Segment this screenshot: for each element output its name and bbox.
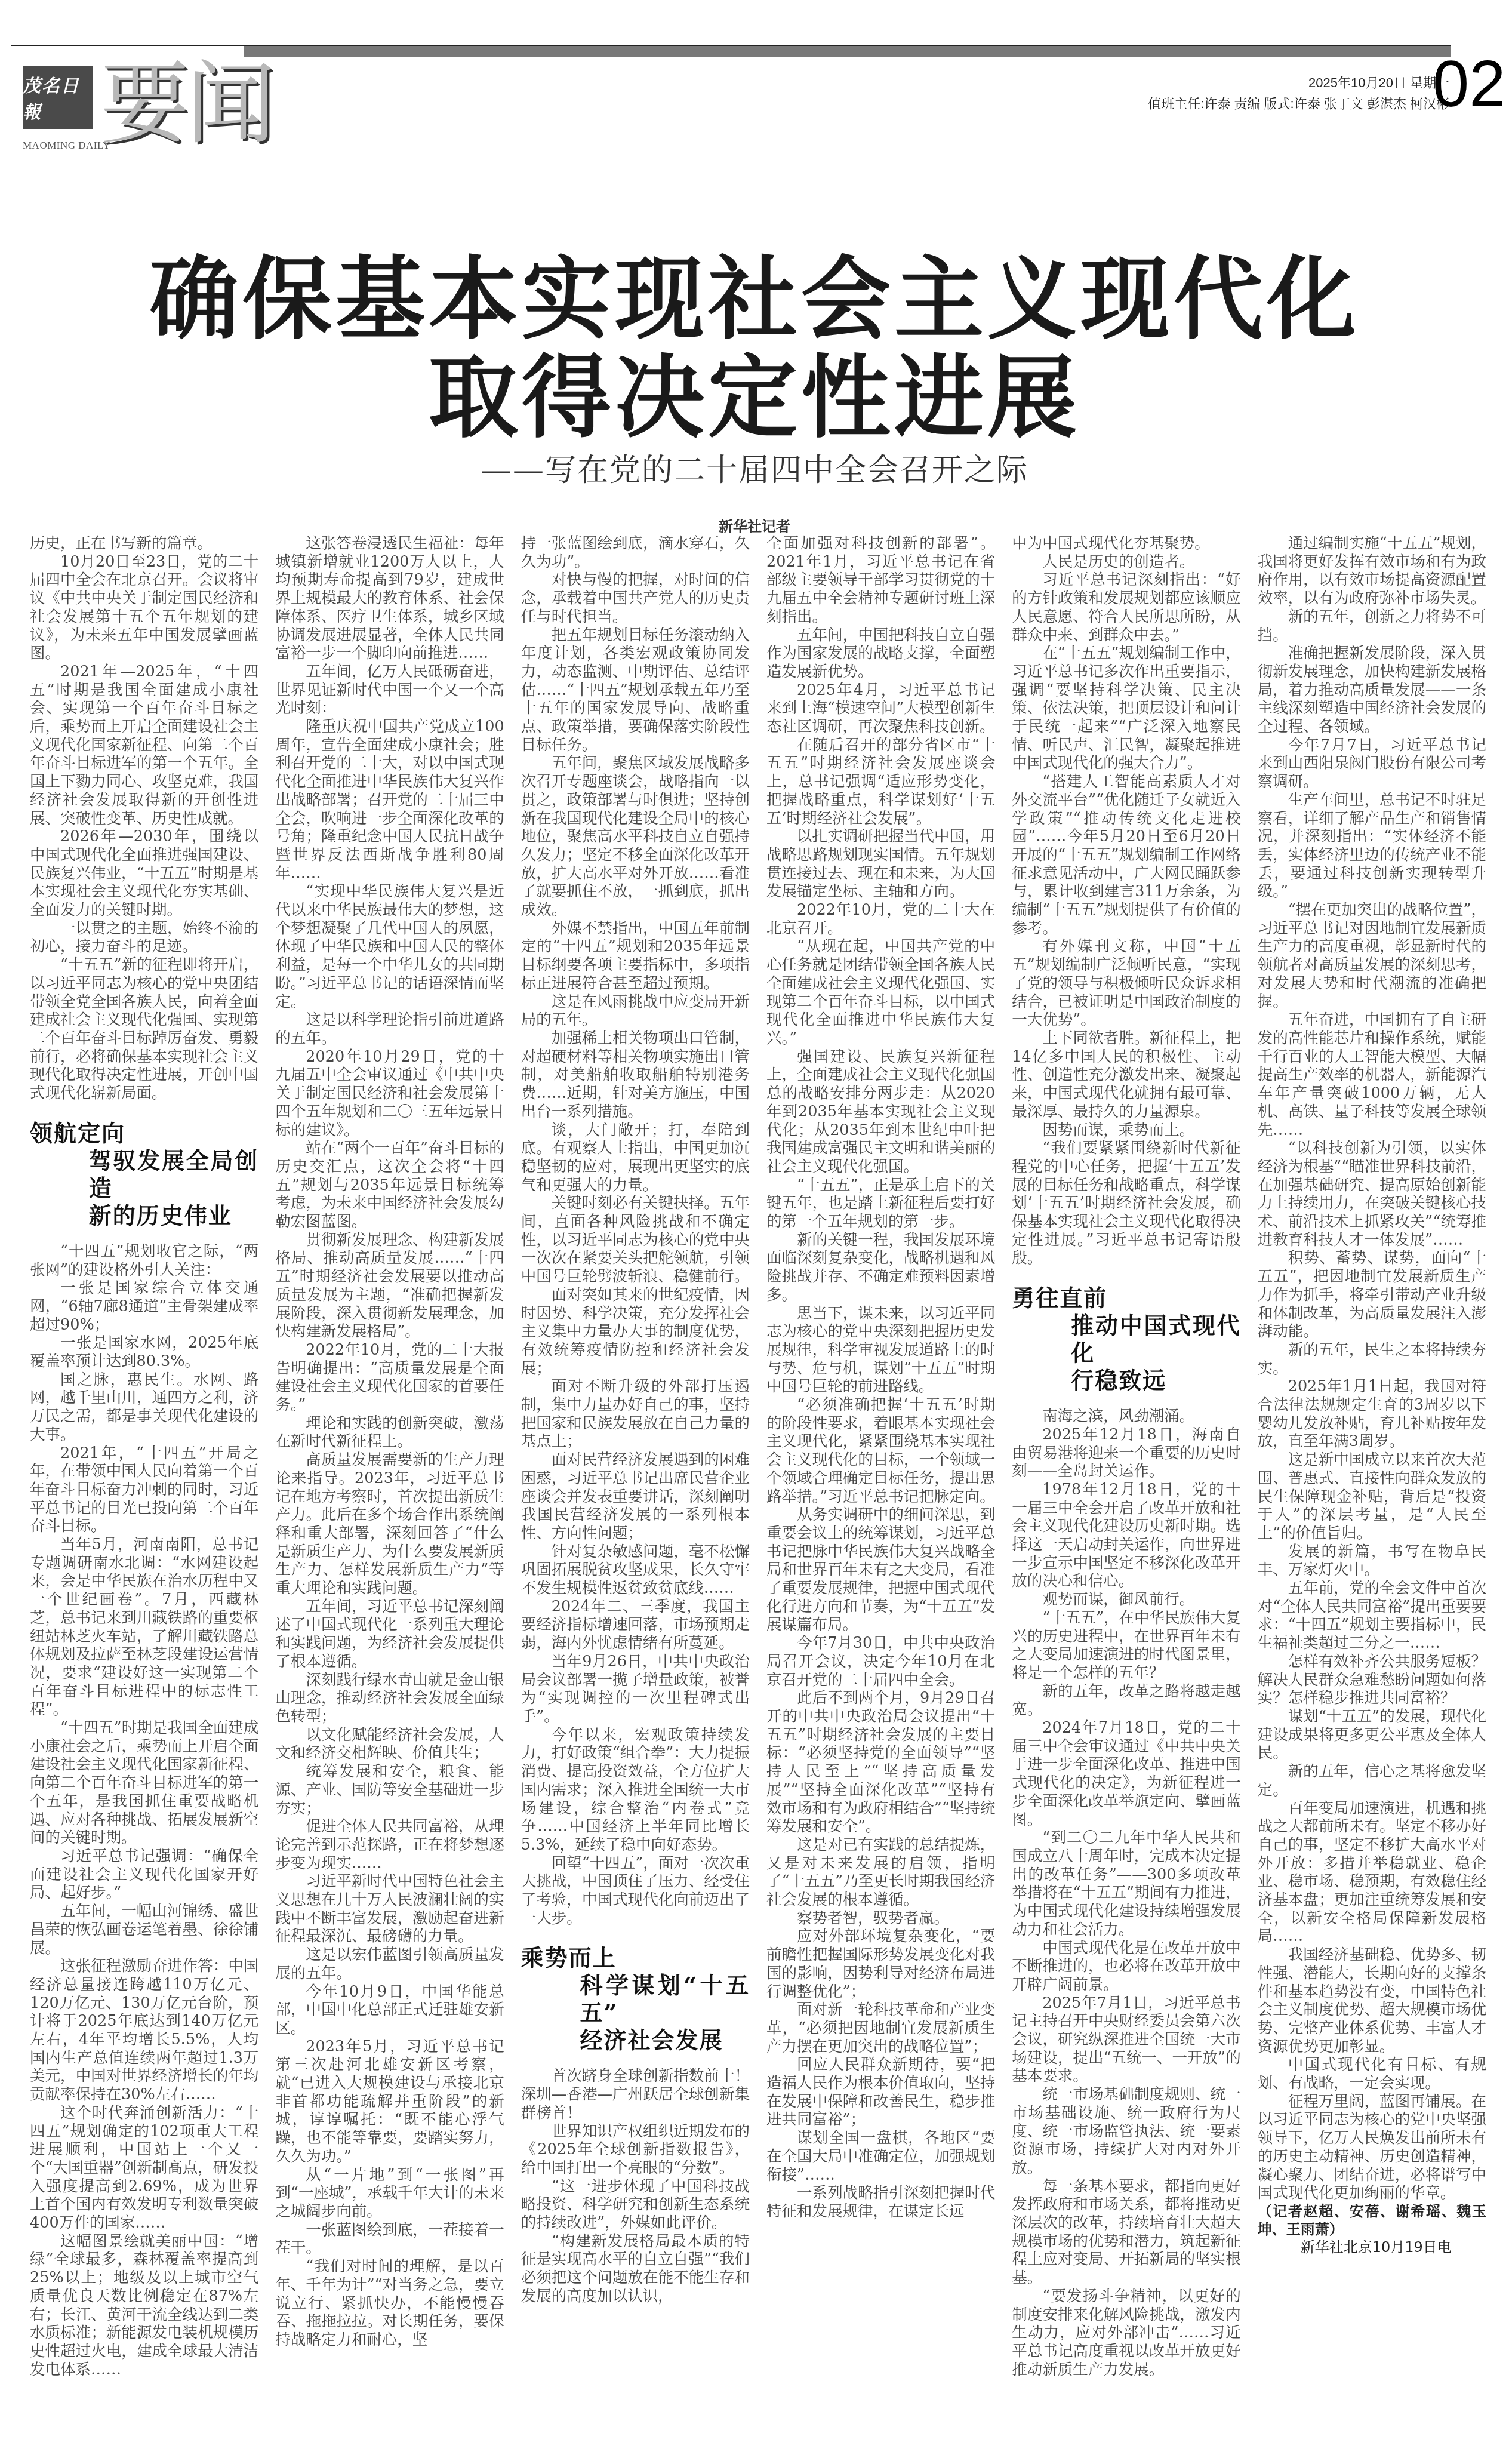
paragraph: 五年间，聚焦区域发展战略多次召开专题座谈会，战略指向一以贯之，政策部署与时俱进；…: [521, 754, 750, 919]
paragraph: 每一条基本要求，都指向更好发挥政府和市场关系，都将推动更深层次的改革，持续培育壮…: [1012, 2177, 1240, 2287]
paragraph: “十四五”规划收官之际，“两张网”的建设格外引人关注：: [30, 1242, 258, 1279]
paragraph: 这个时代奔涌创新活力：“十四五”规划确定的102项重大工程进展顺利，中国站上一个…: [30, 2104, 258, 2232]
paragraph: 今年10月9日，中国华能总部，中国中化总部正式迁驻雄安新区。: [275, 1983, 504, 2038]
paragraph: 五年间，中国把科技自立自强作为国家发展的战略支撑，全面塑造发展新优势。: [766, 626, 995, 681]
masthead-gray-bar: [244, 46, 1451, 57]
paragraph: 隆重庆祝中国共产党成立100周年，宣告全面建成小康社会；胜利召开党的二十大，对以…: [275, 718, 504, 882]
subheadline: ——写在党的二十届四中全会召开之际: [0, 445, 1509, 490]
paragraph: 2025年1月1日起，我国对符合法律法规规定生育的3周岁以下婴幼儿发放补贴，育儿…: [1258, 1377, 1486, 1451]
paragraph: 谋划全国一盘棋，各地区“要在全国大局中准确定位，加强规划衔接”……: [766, 2129, 995, 2184]
paragraph: 10月20日至23日，党的二十届四中全会在北京召开。会议将审议《中共中央关于制定…: [30, 553, 258, 663]
paragraph: 这是新中国成立以来首次大范围、普惠式、直接性向群众发放的民生保障现金补贴，背后是…: [1258, 1451, 1486, 1543]
paragraph: 一张是国家水网，2025年底覆盖率预计达到80.3%。: [30, 1334, 258, 1370]
paragraph: 把五年规划目标任务滚动纳入年度计划，各类宏观政策协同发力，动态监测、中期评估、总…: [521, 626, 750, 755]
paragraph: 五年间，一幅山河锦绣、盛世昌荣的恢弘画卷运笔着墨、徐徐铺展。: [30, 1902, 258, 1957]
paragraph: “十四五”时期是我国全面建成小康社会之后，乘势而上开启全面建设社会主义现代化国家…: [30, 1719, 258, 1847]
paragraph: 新的五年，创新之力将势不可挡。: [1258, 608, 1486, 644]
newspaper-logo: 茂名日報: [23, 66, 93, 129]
paragraph: 针对复杂敏感问题，毫不松懈巩固拓展脱贫攻坚成果，长久守牢不发生规模性返贫致贫底线…: [521, 1543, 750, 1598]
paragraph: 谋划“十五五”的发展，现代化建设成果将更多更公平惠及全体人民。: [1258, 1708, 1486, 1762]
paragraph: 2024年7月18日，党的二十届三中全会审议通过《中共中央关于进一步全面深化改革…: [1012, 1719, 1240, 1829]
section-heading-line: 领航定向: [30, 1119, 258, 1147]
byline: 新华社记者: [0, 515, 1509, 536]
paragraph: “要发扬斗争精神，以更好的制度安排来化解风险挑战，激发内生动力，应对外部冲击”……: [1012, 2287, 1240, 2379]
paragraph: 以文化赋能经济社会发展，人文和经济交相辉映、价值共生；: [275, 1726, 504, 1762]
paragraph: “十五五”，在中华民族伟大复兴的历史进程中，在世界百年未有之大变局加速演进的时代…: [1012, 1609, 1240, 1682]
paragraph: 促进全体人民共同富裕，从理论完善到示范探路，正在将梦想逐步变为现实……: [275, 1817, 504, 1872]
paragraph: 2025年7月1日，习近平总书记主持召开中央财经委员会第六次会议，研究纵深推进全…: [1012, 1994, 1240, 2086]
paragraph: 准确把握新发展阶段，深入贯彻新发展理念，加快构建新发展格局，着力推动高质量发展—…: [1258, 644, 1486, 736]
paragraph: 应对外部环境复杂变化，“要前瞻性把握国际形势发展变化对我国的影响，因势利导对经济…: [766, 1927, 995, 2001]
paragraph: 以扎实调研把握当代中国，用战略思路规划现实国情。五年规划贯连接过去、现在和未来，…: [766, 828, 995, 901]
paragraph: “必须准确把握‘十五五’时期的阶段性要求，着眼基本实现社会主义现代化，紧紧围绕基…: [766, 1396, 995, 1506]
paragraph: 面对不断升级的外部打压遏制，集中力量办好自己的事，坚持把国家和民族发展放在自己力…: [521, 1377, 750, 1451]
paragraph: “这一进步体现了中国科技战略投资、科学研究和创新生态系统的持续改进”，外媒如此评…: [521, 2177, 750, 2232]
paragraph: 新的五年，信心之基将愈发坚定。: [1258, 1762, 1486, 1799]
paragraph: 2022年10月，党的二十大报告明确提出：“高质量发展是全面建设社会主义现代化国…: [275, 1341, 504, 1414]
paragraph: “我们对时间的理解，是以百年、千年为计”“对当务之急，要立说立行、紧抓快办，不能…: [275, 2257, 504, 2349]
column-6: 通过编制实施“十五五”规划，我国将更好发挥有效市场和有为政府作用，以有效市场提高…: [1258, 534, 1486, 2433]
paragraph: 2025年12月18日，海南自由贸易港将迎来一个重要的历史时刻——全岛封关运作。: [1012, 1426, 1240, 1481]
paragraph: 新的五年，民生之本将持续夯实。: [1258, 1341, 1486, 1377]
paragraph: 从务实调研中的细问深思，到重要会议上的统筹谋划，习近平总书记把脉中华民族伟大复兴…: [766, 1506, 995, 1634]
paragraph: 思当下，谋未来，以习近平同志为核心的党中央深刻把握历史发展规律，科学审视发展道路…: [766, 1305, 995, 1396]
paragraph: 中国式现代化是在改革开放中不断推进的，也必将在改革开放中开辟广阔前景。: [1012, 1939, 1240, 1994]
paragraph: 中为中国式现代化夯基聚势。: [1012, 534, 1240, 553]
paragraph: 关键时刻必有关键抉择。五年间，直面各种风险挑战和不确定性，以习近平同志为核心的党…: [521, 1194, 750, 1286]
section-heading-line: 行稳致远: [1012, 1367, 1240, 1394]
headline-line-2: 取得决定性进展: [0, 325, 1509, 454]
paragraph: 今年以来，宏观政策持续发力，打好政策“组合拳”：大力提振消费、提高投资效益，全方…: [521, 1726, 750, 1854]
paragraph: 上下同欲者胜。新征程上，把14亿多中国人民的积极性、主动性、创造性充分激发出来、…: [1012, 1029, 1240, 1121]
paragraph: 今年7月30日，中共中央政治局召开会议，决定今年10月在北京召开党的二十届四中全…: [766, 1634, 995, 1689]
paragraph: 全面加强对科技创新的部署”。2021年1月，习近平总书记在省部级主要领导干部学习…: [766, 534, 995, 626]
paragraph: 这幅图景绘就美丽中国：“增绿”全球最多，森林覆盖率提高到25%以上；地级及以上城…: [30, 2232, 258, 2379]
paragraph: 2021年—2025年，“十四五”时期是我国全面建成小康社会、实现第一个百年奋斗…: [30, 663, 258, 828]
paragraph: 南海之滨，风劲潮涌。: [1012, 1407, 1240, 1426]
paragraph: 这张征程激励奋进作答：中国经济总量接连跨越110万亿元、120万亿元、130万亿…: [30, 1957, 258, 2104]
paragraph: 在随后召开的部分省区市“十五五”时期经济社会发展座谈会上，总书记强调“适应形势变…: [766, 736, 995, 828]
section-heading: 乘势而上科学谋划“十五五”经济社会发展: [521, 1944, 750, 2054]
paragraph: 征程万里阔，蓝图再铺展。在以习近平同志为核心的党中央坚强领导下，亿万人民焕发出前…: [1258, 2093, 1486, 2202]
paragraph: 这是以科学理论指引前进道路的五年。: [275, 1011, 504, 1047]
paragraph: 高质量发展需要新的生产力理论来指导。2023年，习近平总书记在地方考察时，首次提…: [275, 1451, 504, 1598]
paragraph: 五年奋进，中国拥有了自主研发的高性能芯片和操作系统，赋能千行百业的人工智能大模型…: [1258, 1011, 1486, 1139]
paragraph: 一系列战略指引深刻把握时代特征和发展规律，在谋定长远: [766, 2184, 995, 2220]
paragraph: 这是在风雨挑战中应变局开新局的五年。: [521, 993, 750, 1029]
section-heading: 领航定向驾驭发展全局创造新的历史伟业: [30, 1119, 258, 1229]
logo-english-text: MAOMING DAILY: [23, 140, 93, 152]
paragraph: 2025年4月，习近平总书记来到上海“模速空间”大模型创新生态社区调研，再次聚焦…: [766, 681, 995, 736]
paragraph: “实现中华民族伟大复兴是近代以来中华民族最伟大的梦想，这个梦想凝聚了几代中国人的…: [275, 882, 504, 1011]
paragraph: “摆在更加突出的战略位置”，习近平总书记对因地制宜发展新质生产力的高度重视，彰显…: [1258, 901, 1486, 1011]
paragraph: 持一张蓝图绘到底，滴水穿石，久久为功”。: [521, 534, 750, 571]
paragraph: 2026年—2030年，围绕以中国式现代化全面推进强国建设、民族复兴伟业，“十五…: [30, 828, 258, 919]
paragraph: 新的关键一程，我国发展环境面临深刻复杂变化，战略机遇和风险挑战并存、不确定难预料…: [766, 1231, 995, 1305]
paragraph: 谈，大门敞开；打，奉陪到底。有观察人士指出，中国更加沉稳坚韧的应对，展现出更坚实…: [521, 1121, 750, 1195]
paragraph: 中国式现代化有目标、有规划、有战略，一定会实现。: [1258, 2056, 1486, 2092]
paragraph: 面对突如其来的世纪疫情，因时因势、科学决策，充分发挥社会主义集中力量办大事的制度…: [521, 1286, 750, 1378]
page-number: 02: [1433, 48, 1505, 120]
section-heading-line: 勇往直前: [1012, 1284, 1240, 1312]
paragraph: 一以贯之的主题，始终不渝的初心，接力奋斗的足迹。: [30, 919, 258, 956]
column-5: 中为中国式现代化夯基聚势。人民是历史的创造者。习近平总书记深刻指出：“好的方针政…: [1012, 534, 1240, 2433]
paragraph: “十五五”，正是承上启下的关键五年，也是踏上新征程后要打好的第一个五年规划的第一…: [766, 1176, 995, 1231]
paragraph: 五年间，亿万人民砥砺奋进，世界见证新时代中国一个又一个高光时刻：: [275, 663, 504, 718]
paragraph: 统一市场基础制度规则、统一市场基础设施、统一政府行为尺度、统一市场监管执法、统一…: [1012, 2085, 1240, 2177]
paragraph: 我国经济基础稳、优势多、韧性强、潜能大，长期向好的支撑条件和基本趋势没有变，中国…: [1258, 1946, 1486, 2056]
paragraph: 积势、蓄势、谋势，面向“十五五”，把因地制宜发展新质生产力作为抓手，将牵引带动产…: [1258, 1249, 1486, 1341]
section-heading-line: 驾驭发展全局创造: [30, 1147, 258, 1202]
paragraph: 站在“两个一百年”奋斗目标的历史交汇点，这次全会将“十四五”规划与2035年远景…: [275, 1139, 504, 1231]
column-1: 历史，正在书写新的篇章。10月20日至23日，党的二十届四中全会在北京召开。会议…: [30, 534, 258, 2433]
paragraph: 统筹发展和安全，粮食、能源、产业、国防等安全基础进一步夯实；: [275, 1762, 504, 1817]
paragraph: 1978年12月18日，党的十一届三中全会开启了改革开放和社会主义现代化建设历史…: [1012, 1481, 1240, 1591]
paragraph: 当年5月，河南南阳，总书记专题调研南水北调：“水网建设起来，会是中华民族在治水历…: [30, 1536, 258, 1719]
reporter-credit: （记者赵超、安蓓、谢希瑶、魏玉坤、王雨萧）: [1258, 2202, 1486, 2238]
column-3: 持一张蓝图绘到底，滴水穿石，久久为功”。对快与慢的把握，对时间的信念，承载着中国…: [521, 534, 750, 2433]
paragraph: 这是以宏伟蓝图引领高质量发展的五年。: [275, 1946, 504, 1982]
paragraph: 2024年二、三季度，我国主要经济指标增速回落，市场预期走弱，海内外忧虑情绪有所…: [521, 1598, 750, 1653]
paragraph: 察势者智，驭势者赢。: [766, 1909, 995, 1928]
paragraph: 回望“十四五”，面对一次次重大挑战，中国顶住了压力、经受住了考验，中国式现代化向…: [521, 1854, 750, 1928]
paragraph: 发展的新篇，书写在物阜民丰、万家灯火中。: [1258, 1543, 1486, 1579]
logo-chinese-text: 茂名日報: [23, 71, 93, 124]
paragraph: 习近平总书记强调：“确保全面建设社会主义现代化国家开好局、起好步。”: [30, 1847, 258, 1902]
paragraph: 习近平新时代中国特色社会主义思想在几十万人民波澜壮阔的实践中不断丰富发展，激励起…: [275, 1872, 504, 1946]
paragraph: 有外媒刊文称，中国“十五五”规划编制广泛倾听民意，“实现了党的领导与积极倾听民众…: [1012, 937, 1240, 1029]
paragraph: 今年7月7日，习近平总书记来到山西阳泉阀门股份有限公司考察调研。: [1258, 736, 1486, 791]
paragraph: 五年间，习近平总书记深刻阐述了中国式现代化一系列重大理论和实践问题，为经济社会发…: [275, 1598, 504, 1671]
column-2: 这张答卷浸透民生福祉：每年城镇新增就业1200万人以上，人均预期寿命提高到79岁…: [275, 534, 504, 2433]
dateline: 新华社北京10月19日电: [1258, 2238, 1486, 2257]
paragraph: “到二〇二九年中华人民共和国成立八十周年时，完成本决定提出的改革任务”——300…: [1012, 1829, 1240, 1939]
paragraph: 百年变局加速演进，机遇和挑战之大都前所未有。坚定不移办好自己的事，坚定不移扩大高…: [1258, 1799, 1486, 1946]
paragraph: 国之脉，惠民生。水网、路网，越千里山川，通四方之利，济万民之需，都是事关现代化建…: [30, 1371, 258, 1444]
paragraph: 通过编制实施“十五五”规划，我国将更好发挥有效市场和有为政府作用，以有效市场提高…: [1258, 534, 1486, 608]
section-heading-line: 科学谋划“十五五”: [521, 1971, 750, 2026]
paragraph: 这张答卷浸透民生福祉：每年城镇新增就业1200万人以上，人均预期寿命提高到79岁…: [275, 534, 504, 663]
paragraph: 从“一片地”到“一张图”再到“一座城”，承载千年大计的未来之城阔步向前。: [275, 2166, 504, 2221]
paragraph: 深刻践行绿水青山就是金山银山理念，推动经济社会发展全面绿色转型；: [275, 1671, 504, 1726]
paragraph: 首次跻身全球创新指数前十！深圳—香港—广州跃居全球创新集群榜首！: [521, 2067, 750, 2122]
issue-date: 2025年10月20日 星期一: [1308, 73, 1449, 91]
paragraph: 怎样有效补齐公共服务短板？解决人民群众急难愁盼问题如何落实？怎样稳步推进共同富裕…: [1258, 1653, 1486, 1708]
paragraph: “搭建人工智能高素质人才对外交流平台”“优化随迁子女就近入学政策”“推动传统文化…: [1012, 773, 1240, 937]
paragraph: 观势而谋，御风前行。: [1012, 1591, 1240, 1609]
paragraph: “从现在起，中国共产党的中心任务就是团结带领全国各族人民全面建成社会主义现代化强…: [766, 937, 995, 1047]
paragraph: 2020年10月29日，党的十九届五中全会审议通过《中共中央关于制定国民经济和社…: [275, 1048, 504, 1140]
section-heading-line: 经济社会发展: [521, 2026, 750, 2054]
paragraph: 新的五年，改革之路将越走越宽。: [1012, 1682, 1240, 1719]
article-body-columns: 历史，正在书写新的篇章。10月20日至23日，党的二十届四中全会在北京召开。会议…: [30, 534, 1486, 2433]
paragraph: 这是对已有实践的总结提炼，又是对未来发展的启领，指明了“十五五”乃至更长时期我国…: [766, 1836, 995, 1909]
paragraph: 贯彻新发展理念、构建新发展格局、推动高质量发展……“十四五”时期经济社会发展要以…: [275, 1231, 504, 1341]
paragraph: 一张是国家综合立体交通网，“6轴7廊8通道”主骨架建成率超过90%；: [30, 1279, 258, 1334]
paragraph: 强国建设、民族复兴新征程上，全面建成社会主义现代化强国总的战略安排分两步走：从2…: [766, 1048, 995, 1176]
paragraph: “构建新发展格局最本质的特征是实现高水平的自立自强”“我们必须把这个问题放在能不…: [521, 2232, 750, 2306]
paragraph: 习近平总书记深刻指出：“好的方针政策和发展规划都应该顺应人民意愿、符合人民所思所…: [1012, 571, 1240, 644]
paragraph: 2022年10月，党的二十大在北京召开。: [766, 901, 995, 937]
editor-credits: 值班主任:许泰 责编 版式:许泰 张丁文 彭湛杰 柯汉彬: [1148, 94, 1449, 112]
paragraph: 2021年，“十四五”开局之年，在带领中国人民向着第一个百年奋斗目标奋力冲刺的同…: [30, 1444, 258, 1536]
paragraph: 世界知识产权组织近期发布的《2025年全球创新指数报告》，给中国打出一个亮眼的“…: [521, 2122, 750, 2177]
section-heading-line: 乘势而上: [521, 1944, 750, 1971]
paragraph: 人民是历史的创造者。: [1012, 553, 1240, 571]
paragraph: 外媒不禁指出，中国五年前制定的“十四五”规划和2035年远景目标纲要各项主要指标…: [521, 919, 750, 993]
section-title: 要闻: [100, 60, 272, 149]
paragraph: “十五五”新的征程即将开启，以习近平同志为核心的党中央团结带领全党全国各族人民，…: [30, 956, 258, 1103]
paragraph: 加强稀土相关物项出口管制，对超硬材料等相关物项实施出口管制，对美船舶收取船舶特别…: [521, 1029, 750, 1121]
column-4: 全面加强对科技创新的部署”。2021年1月，习近平总书记在省部级主要领导干部学习…: [766, 534, 995, 2433]
paragraph: 当年9月26日，中共中央政治局会议部署一揽子增量政策，被誉为“实现调控的一次里程…: [521, 1653, 750, 1726]
paragraph: 2023年5月，习近平总书记第三次赴河北雄安新区考察，就“已进入大规模建设与承接…: [275, 2038, 504, 2166]
paragraph: 回应人民群众新期待，要“把造福人民作为根本价值取向，坚持在发展中保障和改善民生，…: [766, 2056, 995, 2129]
paragraph: 因势而谋，乘势而上。: [1012, 1121, 1240, 1140]
section-heading-line: 推动中国式现代化: [1012, 1312, 1240, 1367]
paragraph: “以科技创新为引领，以实体经济为根基”“瞄准世界科技前沿，在加强基础研究、提高原…: [1258, 1139, 1486, 1249]
paragraph: 理论和实践的创新突破，激荡在新时代新征程上。: [275, 1414, 504, 1451]
section-heading: 勇往直前推动中国式现代化行稳致远: [1012, 1284, 1240, 1394]
paragraph: “我们要紧紧围绕新时代新征程党的中心任务，把握‘十五五’发展的目标任务和战略重点…: [1012, 1139, 1240, 1268]
paragraph: 面对新一轮科技革命和产业变革，“必须把因地制宜发展新质生产力摆在更加突出的战略位…: [766, 2001, 995, 2056]
paragraph: 一张蓝图绘到底，一茬接着一茬干。: [275, 2221, 504, 2257]
paragraph: 生产车间里，总书记不时驻足察看，详细了解产品生产和销售情况，并深刻指出：“实体经…: [1258, 791, 1486, 901]
paragraph: 面对民营经济发展遇到的困难困惑，习近平总书记出席民营企业座谈会并发表重要讲话，深…: [521, 1451, 750, 1543]
section-heading-line: 新的历史伟业: [30, 1202, 258, 1229]
paragraph: 历史，正在书写新的篇章。: [30, 534, 258, 553]
paragraph: 此后不到两个月，9月29日召开的中共中央政治局会议提出“十五五”时期经济社会发展…: [766, 1689, 995, 1836]
paragraph: 对快与慢的把握，对时间的信念，承载着中国共产党人的历史责任与时代担当。: [521, 571, 750, 626]
paragraph: 五年前，党的全会文件中首次对“全体人民共同富裕”提出重要要求：“十四五”规划主要…: [1258, 1579, 1486, 1653]
paragraph: 在“十五五”规划编制工作中，习近平总书记多次作出重要指示，强调“要坚持科学决策、…: [1012, 644, 1240, 773]
